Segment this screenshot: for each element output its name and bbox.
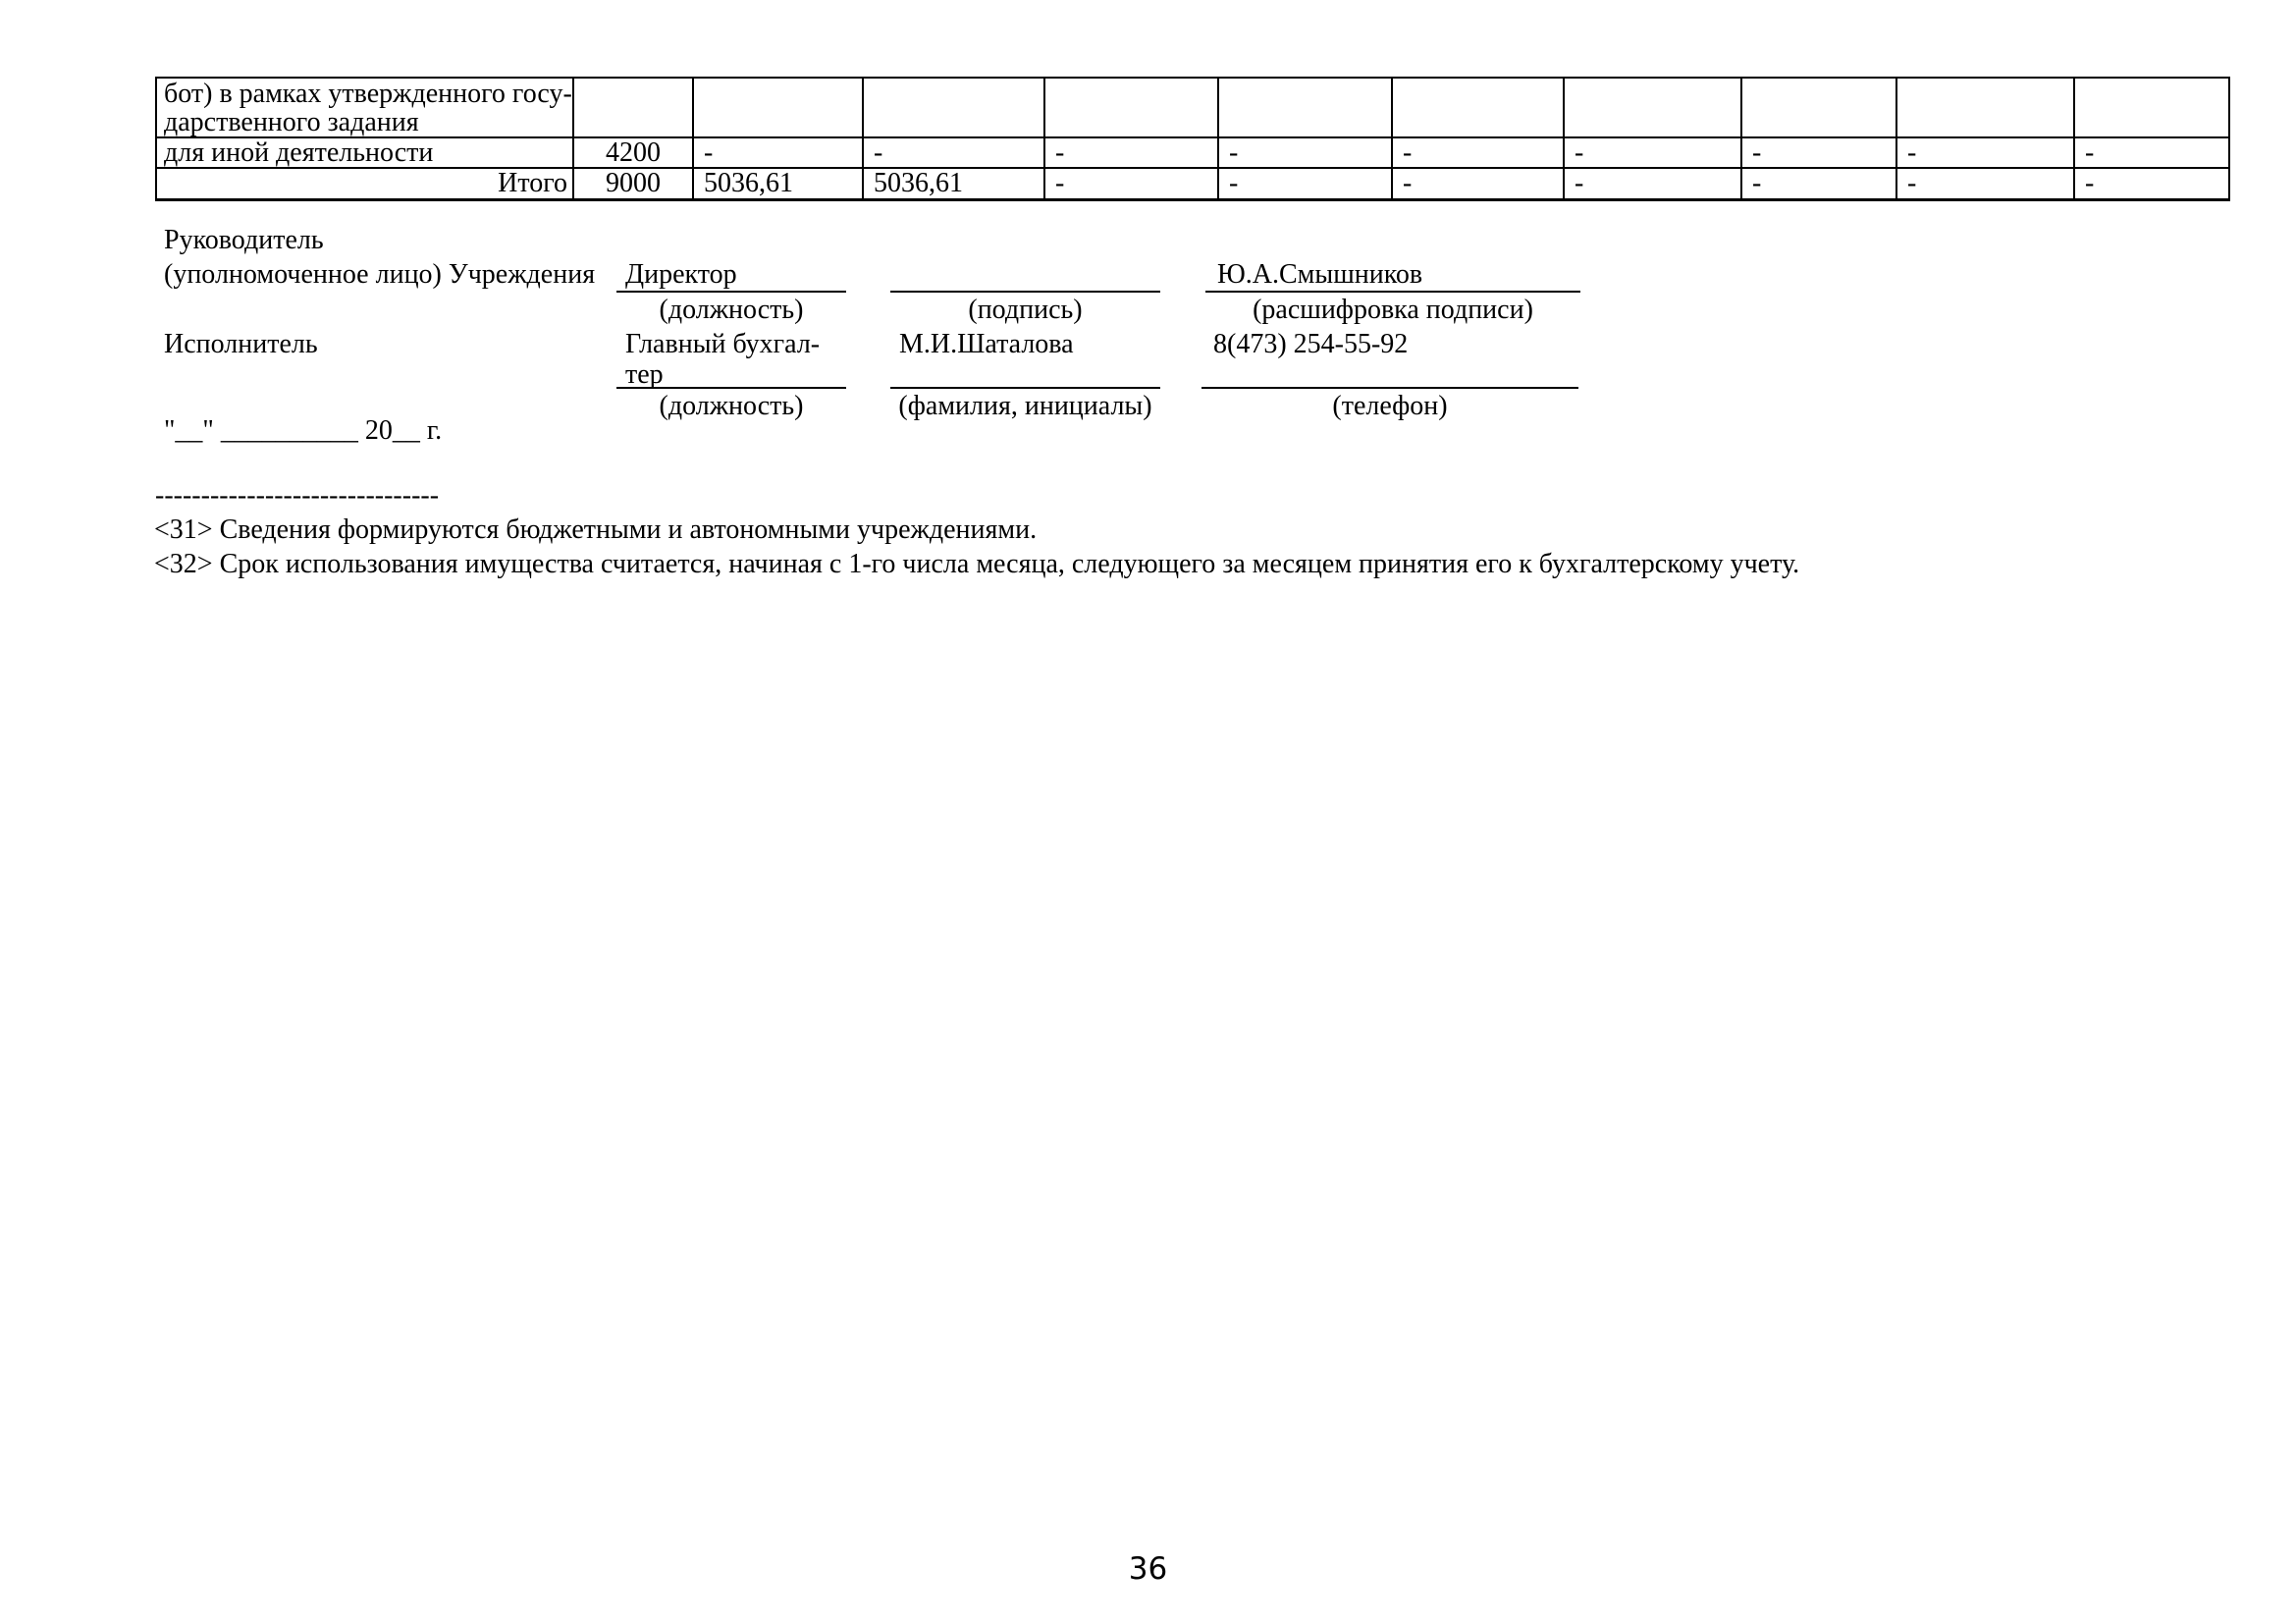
signature-line-position	[616, 291, 846, 293]
table-cell: -	[1392, 168, 1564, 199]
row-label-line: дарственного задания	[164, 108, 572, 136]
table-cell: 5036,61	[693, 168, 863, 199]
signature-line-decipher	[1205, 291, 1580, 293]
executor-name-value: М.И.Шаталова	[899, 330, 1074, 359]
executor-phone-value: 8(473) 254-55-92	[1213, 330, 1408, 359]
table-cell	[2074, 78, 2229, 137]
table-cell: 9000	[573, 168, 693, 199]
page-number: 36	[0, 1551, 2296, 1587]
table-cell	[863, 78, 1044, 137]
table-cell: -	[1218, 137, 1392, 168]
table-cell	[693, 78, 863, 137]
table-cell	[1218, 78, 1392, 137]
row-label-line: Итого	[164, 169, 567, 197]
caption-phone: (телефон)	[1201, 392, 1578, 421]
table-row-state-task: бот) в рамках утвержденного госу- дарств…	[156, 78, 2229, 137]
table-cell	[1741, 78, 1896, 137]
caption-decipher: (расшифровка подписи)	[1205, 296, 1580, 325]
table-cell	[1564, 78, 1741, 137]
table-cell: -	[1564, 137, 1741, 168]
footnote-31: <31> Сведения формируются бюджетными и а…	[154, 515, 1037, 545]
table-cell: -	[1896, 168, 2074, 199]
signature-line-fio	[890, 387, 1160, 389]
caption-position2: (должность)	[616, 392, 846, 421]
signature-line-sign	[890, 291, 1160, 293]
row-label-cell: для иной деятельности	[156, 137, 573, 168]
date-line: "__" __________ 20__ г.	[164, 416, 442, 446]
table-cell: -	[1741, 137, 1896, 168]
table-cell	[1044, 78, 1218, 137]
table-row-other-activity: для иной деятельности 4200 - - - - - - -…	[156, 137, 2229, 168]
executor-label: Исполнитель	[164, 330, 318, 359]
row-label-line: для иной деятельности	[164, 138, 572, 167]
footnote-32: <32> Срок использования имущества считае…	[154, 550, 1799, 579]
head-position-value: Директор	[625, 260, 737, 290]
table-cell: -	[1044, 137, 1218, 168]
table-cell: -	[863, 137, 1044, 168]
table-cell: 5036,61	[863, 168, 1044, 199]
financial-table: бот) в рамках утвержденного госу- дарств…	[155, 77, 2230, 201]
caption-sign: (подпись)	[890, 296, 1160, 325]
table-cell: -	[1741, 168, 1896, 199]
table-cell: -	[1564, 168, 1741, 199]
head-name-value: Ю.А.Смышников	[1217, 260, 1422, 290]
head-label-line1: Руководитель	[164, 226, 324, 255]
table-cell: -	[693, 137, 863, 168]
head-label-line2: (уполномоченное лицо) Учреждения	[164, 260, 595, 290]
signature-line-position2	[616, 387, 846, 389]
executor-position-line2: тер	[625, 360, 664, 390]
table-cell: -	[2074, 137, 2229, 168]
table-cell	[1896, 78, 2074, 137]
table-cell: 4200	[573, 137, 693, 168]
table-cell: -	[1218, 168, 1392, 199]
footnote-separator: -------------------------------	[155, 481, 439, 511]
table-cell: -	[1044, 168, 1218, 199]
row-label-cell: бот) в рамках утвержденного госу- дарств…	[156, 78, 573, 137]
caption-fio: (фамилия, инициалы)	[890, 392, 1160, 421]
document-page: бот) в рамках утвержденного госу- дарств…	[0, 0, 2296, 1624]
row-label-line: бот) в рамках утвержденного госу-	[164, 80, 572, 108]
table-cell: -	[2074, 168, 2229, 199]
table-cell	[573, 78, 693, 137]
row-label-cell-total: Итого	[156, 168, 573, 199]
executor-position-line1: Главный бухгал-	[625, 330, 820, 359]
table-cell	[1392, 78, 1564, 137]
table-cell: -	[1896, 137, 2074, 168]
caption-position: (должность)	[616, 296, 846, 325]
table-row-total: Итого 9000 5036,61 5036,61 - - - - - - -	[156, 168, 2229, 199]
signature-line-phone	[1201, 387, 1578, 389]
table-cell: -	[1392, 137, 1564, 168]
